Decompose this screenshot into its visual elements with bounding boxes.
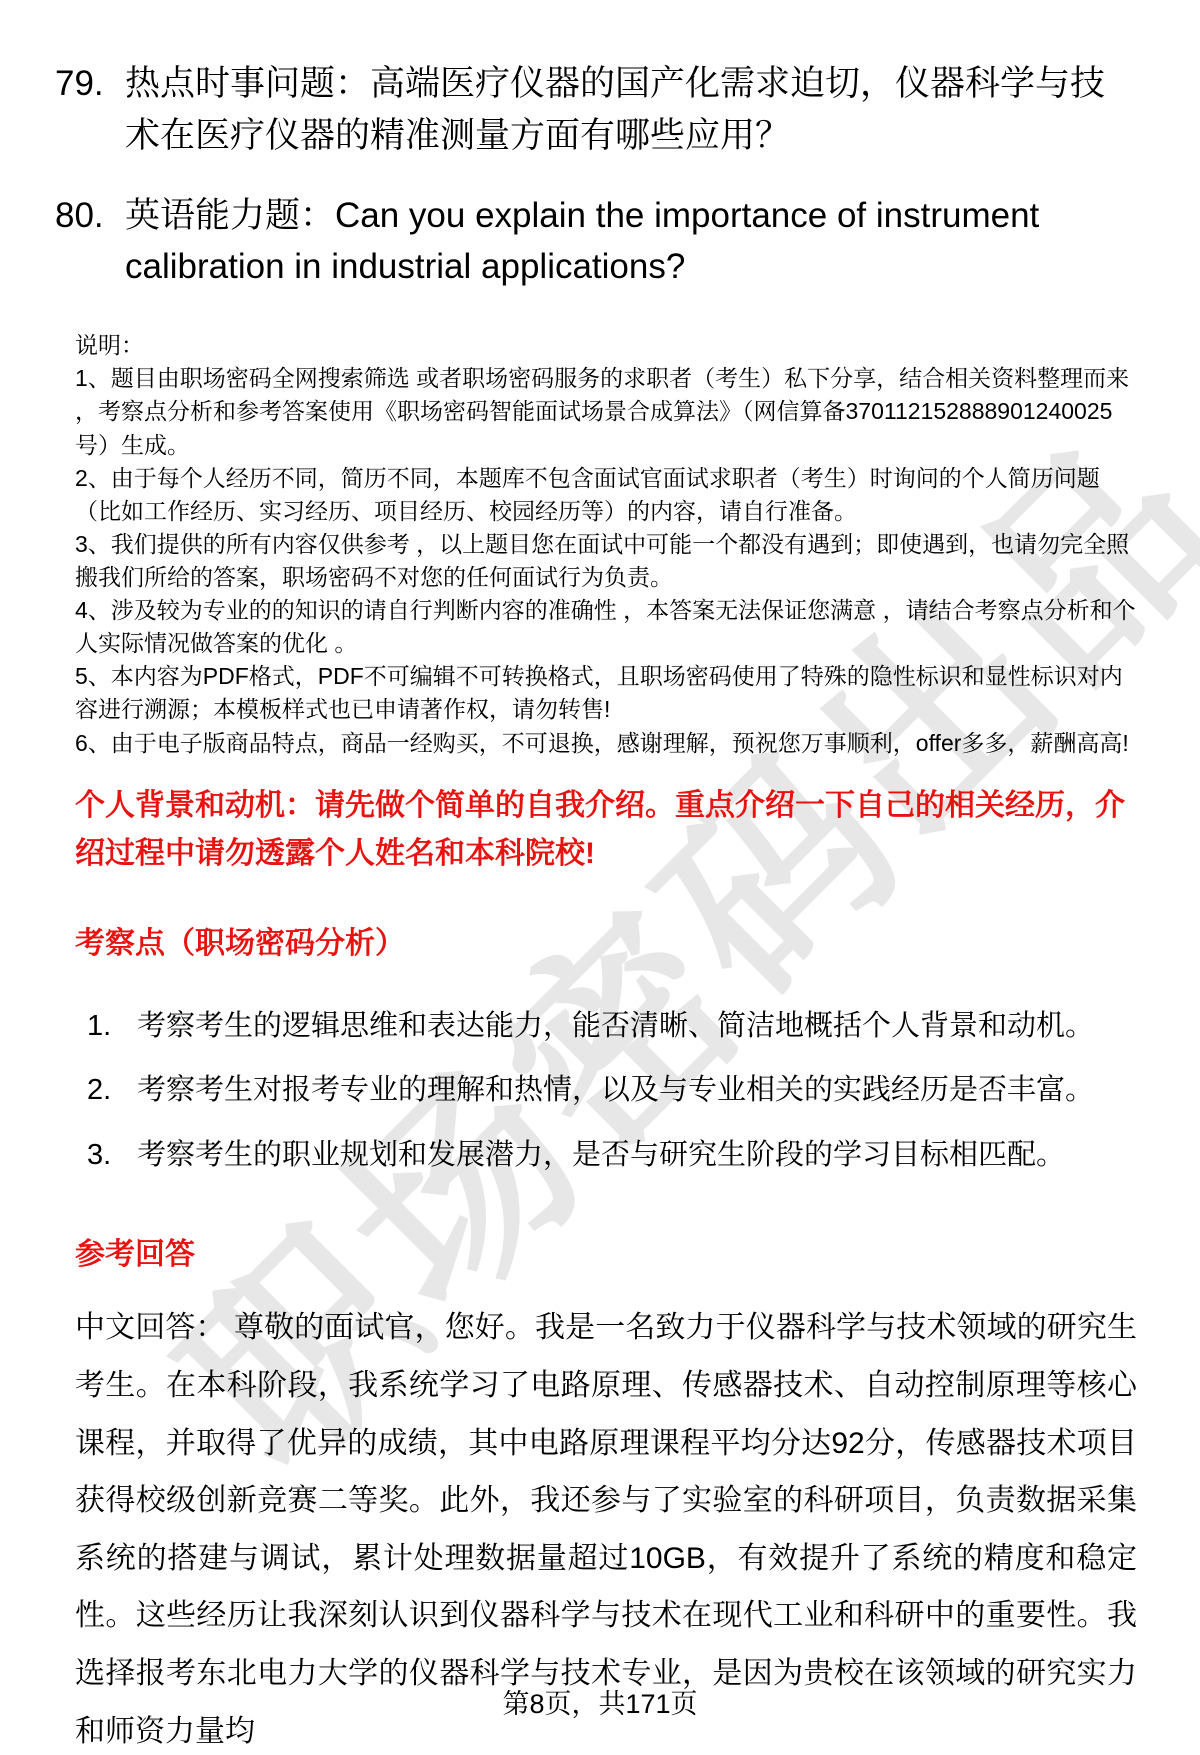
page-number: 第8页，共171页 <box>0 1682 1200 1721</box>
question-text: 热点时事问题：高端医疗仪器的国产化需求迫切，仪器科学与技术在医疗仪器的精准测量方… <box>125 58 1137 162</box>
point-number: 3. <box>87 1135 137 1176</box>
point-number: 2. <box>87 1070 137 1111</box>
point-text: 考察考生的逻辑思维和表达能力，能否清晰、简洁地概括个人背景和动机。 <box>137 1006 1094 1047</box>
question-text: 英语能力题：Can you explain the importance of … <box>125 190 1137 294</box>
point-text: 考察考生的职业规划和发展潜力，是否与研究生阶段的学习目标相匹配。 <box>137 1135 1065 1176</box>
note-item-6: 6、由于电子版商品特点，商品一经购买，不可退换，感谢理解，预祝您万事顺利，off… <box>75 727 1137 760</box>
page-content: 79. 热点时事问题：高端医疗仪器的国产化需求迫切，仪器科学与技术在医疗仪器的精… <box>55 58 1137 1755</box>
note-item-2: 2、由于每个人经历不同，简历不同，本题库不包含面试官面试求职者（考生）时询问的个… <box>75 462 1137 528</box>
analysis-points: 1. 考察考生的逻辑思维和表达能力，能否清晰、简洁地概括个人背景和动机。 2. … <box>87 1006 1137 1176</box>
analysis-point-2: 2. 考察考生对报考专业的理解和热情，以及与专业相关的实践经历是否丰富。 <box>87 1070 1137 1111</box>
note-item-1: 1、题目由职场密码全网搜索筛选 或者职场密码服务的求职者（考生）私下分享，结合相… <box>75 362 1137 461</box>
answer-heading: 参考回答 <box>75 1229 1137 1273</box>
analysis-point-1: 1. 考察考生的逻辑思维和表达能力，能否清晰、简洁地概括个人背景和动机。 <box>87 1006 1137 1047</box>
document-page: 职场密码出品 79. 热点时事问题：高端医疗仪器的国产化需求迫切，仪器科学与技术… <box>0 0 1200 1755</box>
notes-title: 说明： <box>75 329 1137 362</box>
question-number: 80. <box>55 190 125 294</box>
point-text: 考察考生对报考专业的理解和热情，以及与专业相关的实践经历是否丰富。 <box>137 1070 1094 1111</box>
analysis-point-3: 3. 考察考生的职业规划和发展潜力，是否与研究生阶段的学习目标相匹配。 <box>87 1135 1137 1176</box>
question-item-79: 79. 热点时事问题：高端医疗仪器的国产化需求迫切，仪器科学与技术在医疗仪器的精… <box>55 58 1137 162</box>
question-item-80: 80. 英语能力题：Can you explain the importance… <box>55 190 1137 294</box>
note-item-3: 3、我们提供的所有内容仅供参考 ，以上题目您在面试中可能一个都没有遇到；即使遇到… <box>75 528 1137 594</box>
notes-section: 说明： 1、题目由职场密码全网搜索筛选 或者职场密码服务的求职者（考生）私下分享… <box>75 329 1137 759</box>
note-item-4: 4、涉及较为专业的的知识的请自行判断内容的准确性 ，本答案无法保证您满意 ，请结… <box>75 594 1137 660</box>
background-motivation-prompt: 个人背景和动机：请先做个简单的自我介绍。重点介绍一下自己的相关经历，介绍过程中请… <box>75 782 1137 878</box>
analysis-heading: 考察点（职场密码分析） <box>75 918 1137 962</box>
note-item-5: 5、本内容为PDF格式，PDF不可编辑不可转换格式，且职场密码使用了特殊的隐性标… <box>75 660 1137 726</box>
question-number: 79. <box>55 58 125 162</box>
point-number: 1. <box>87 1006 137 1047</box>
